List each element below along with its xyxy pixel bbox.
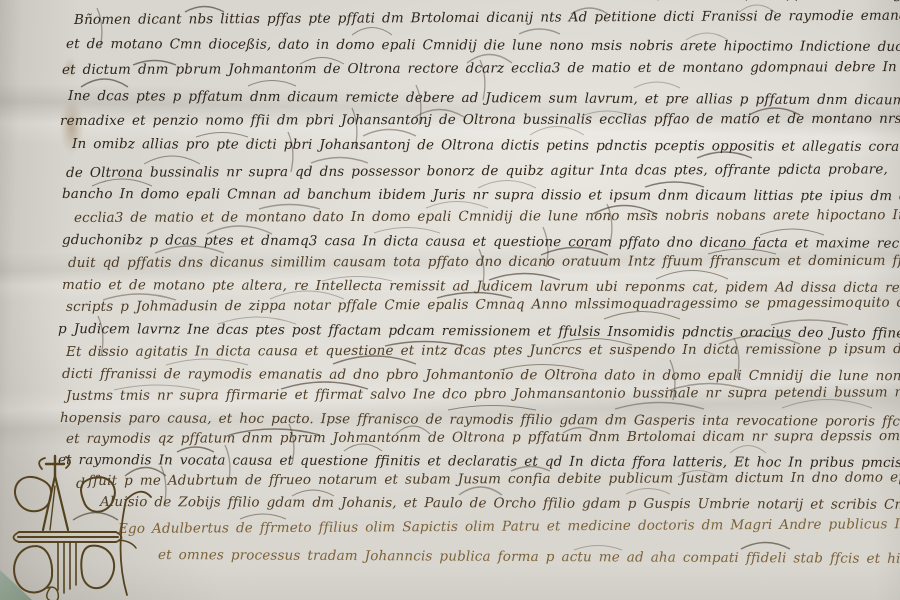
manuscript-line-2: et de motano Cmn dioceßis, dato in domo … xyxy=(66,36,900,56)
manuscript-line-text: et raymondis In vocata causa et question… xyxy=(58,452,900,471)
manuscript-line-text: bancho In domo epali Cmnan ad banchum ib… xyxy=(62,186,900,204)
manuscript-line-3: et dictum dnm pbrum Johmantonm de Oltron… xyxy=(62,59,900,79)
manuscript-line-text: et dictum dnm pbrum Johmantonm de Oltron… xyxy=(62,59,900,78)
manuscript-line-1: Bñomen dicant nbs littias pffas pte pffa… xyxy=(74,7,900,28)
manuscript-line-12: matio et de motano pte altera, re Intell… xyxy=(62,277,900,297)
manuscript-line-19: et raymodis qz pffatum dnm pbrum Johmant… xyxy=(66,427,900,447)
manuscript-line-text: Justms tmis nr supra ffirmarie et ffirma… xyxy=(66,383,900,404)
notarial-signum-icon xyxy=(6,442,156,600)
manuscript-line-17: Justms tmis nr supra ffirmarie et ffirma… xyxy=(66,383,900,404)
manuscript-line-16: dicti ffranissi de raymodis emanatis ad … xyxy=(62,366,900,385)
manuscript-line-text: gduchonibz p dcas ptes et dnamq3 casa In… xyxy=(62,232,900,252)
manuscript-line-10: gduchonibz p dcas ptes et dnamq3 casa In… xyxy=(62,232,900,253)
manuscript-line-5: remadixe et penzio nomo ffii dm pbri Joh… xyxy=(60,111,900,130)
manuscript-line-text: dicti ffranissi de raymodis emanatis ad … xyxy=(62,366,900,385)
manuscript-line-text: duit qd pffatis dns dicanus simillim cau… xyxy=(68,252,900,271)
manuscript-line-text: ecclia3 de matio et de montano dato In d… xyxy=(74,206,900,226)
manuscript-line-20: et raymondis In vocata causa et question… xyxy=(58,452,900,472)
manuscript-line-24: et omnes processus tradam Johanncis publ… xyxy=(158,547,900,567)
manuscript-line-text: Aluisio de Zobijs ffilio gdam dm Johanis… xyxy=(100,494,900,513)
manuscript-line-15: Et dissio agitatis In dicta causa et que… xyxy=(66,340,900,360)
manuscript-line-11: duit qd pffatis dns dicanus simillim cau… xyxy=(68,252,900,271)
manuscript-line-21: ffuit p me Adubrtum de ffrueo notarum et… xyxy=(88,468,900,489)
signum-letter: d xyxy=(76,476,85,492)
manuscript-line-text: In omibz allias pro pte dicti pbri Johan… xyxy=(72,136,900,155)
manuscript-line-4: Ine dcas ptes p pffatum dnm dicaum remic… xyxy=(68,88,900,109)
manuscript-photograph: oni dicami nrs lias pffas pte pffati dni… xyxy=(0,0,900,600)
manuscript-line-9: ecclia3 de matio et de montano dato In d… xyxy=(74,206,900,226)
manuscript-line-14: p Judicem lavrnz Ine dcas ptes post ffac… xyxy=(58,321,900,343)
manuscript-line-text: Ego Adulbertus de ffrmeto ffilius olim S… xyxy=(118,516,900,537)
manuscript-line-text: p Judicem lavrnz Ine dcas ptes post ffac… xyxy=(58,321,900,342)
manuscript-line-23: Ego Adulbertus de ffrmeto ffilius olim S… xyxy=(118,516,900,538)
manuscript-line-text: Et dissio agitatis In dicta causa et que… xyxy=(66,340,900,360)
manuscript-line-text: Bñomen dicant nbs littias pffas pte pffa… xyxy=(74,7,900,28)
manuscript-line-22: Aluisio de Zobijs ffilio gdam dm Johanis… xyxy=(100,494,900,514)
manuscript-line-text: et de motano Cmn dioceßis, dato in domo … xyxy=(66,36,900,55)
manuscript-line-text: remadixe et penzio nomo ffii dm pbri Joh… xyxy=(60,111,900,129)
manuscript-line-text: matio et de motano pte altera, re Intell… xyxy=(62,277,900,297)
manuscript-line-6: In omibz allias pro pte dicti pbri Johan… xyxy=(72,136,900,156)
manuscript-line-text: de Oltrona bussinalis nr supra qd dns po… xyxy=(66,161,888,181)
manuscript-line-text: Ine dcas ptes p pffatum dnm dicaum remic… xyxy=(68,88,900,109)
manuscript-line-7: de Oltrona bussinalis nr supra qd dns po… xyxy=(66,156,900,183)
manuscript-line-0: oni dicami nrs lias pffas pte pffati dni… xyxy=(235,0,900,3)
manuscript-line-text: et omnes processus tradam Johanncis publ… xyxy=(158,547,900,567)
manuscript-line-text: ffuit p me Adubrtum de ffrueo notarum et… xyxy=(88,468,900,489)
manuscript-line-8: bancho In domo epali Cmnan ad banchum ib… xyxy=(62,186,900,205)
manuscript-line-text: et raymodis qz pffatum dnm pbrum Johmant… xyxy=(66,427,900,447)
manuscript-line-text: oni dicami nrs lias pffas pte pffati dni… xyxy=(235,0,900,2)
manuscript-line-text: scripts p Johmadusin de zippa notar pffa… xyxy=(66,294,900,315)
manuscript-line-13: scripts p Johmadusin de zippa notar pffa… xyxy=(66,294,900,315)
